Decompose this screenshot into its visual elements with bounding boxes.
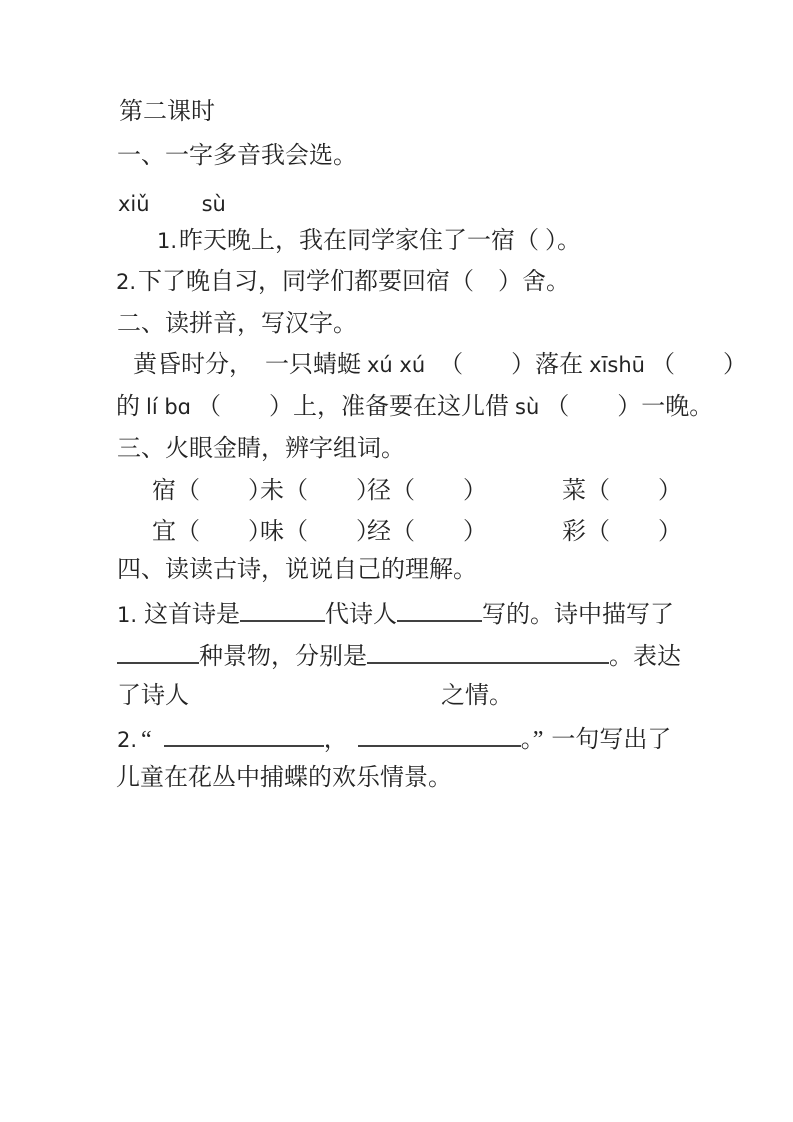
section-1-heading-text: 一、一字多音我会选。 [117, 143, 357, 169]
body-text: 。表达 [609, 644, 681, 670]
body-text: 一句写出了 [551, 727, 671, 753]
answer-blank[interactable] [164, 721, 324, 747]
pinyin-xishu: xīshū [589, 353, 645, 377]
word-pair-cell[interactable]: 彩（ ） [562, 516, 682, 548]
body-text: 落在 [535, 352, 583, 378]
body-text: 儿童在花丛中捕蝶的欢乐情景。 [116, 765, 452, 791]
section-4-heading: 四、读读古诗，说说自己的理解。 [117, 554, 477, 586]
body-text: 黄昏时分， 一只蜻蜓 [133, 352, 361, 378]
pinyin-choices: xiǔ sù [118, 188, 226, 220]
word-pair-cell[interactable]: 经（ ） [367, 516, 487, 548]
item-number: 1. [157, 229, 177, 253]
item-number: 2. [116, 270, 136, 294]
section-4-question-1-line-1: 1.这首诗是代诗人写的。诗中描写了 [117, 596, 674, 628]
answer-blank[interactable] [117, 638, 199, 664]
section-3-heading: 三、火眼金睛，辨字组词。 [117, 433, 405, 465]
pinyin-liba: lí bɑ [146, 395, 191, 419]
section-4-heading-text: 四、读读古诗，说说自己的理解。 [117, 557, 477, 583]
section-1-heading: 一、一字多音我会选。 [117, 140, 357, 172]
word-pair-cell[interactable]: 宿（ ） [152, 475, 272, 507]
body-text: 写的。诗中描写了 [482, 602, 674, 628]
quote-close-mark: 。” [521, 727, 544, 753]
word-pair-cell[interactable]: 菜（ ） [562, 475, 682, 507]
word-pair-cell[interactable]: 宜（ ） [152, 516, 272, 548]
body-text: 代诗人 [325, 602, 397, 628]
pinyin-xuxu: xú xú [367, 353, 425, 377]
quote-open-mark: “ [141, 727, 152, 753]
document-page: 第二课时 一、一字多音我会选。 xiǔ sù 1.昨天晚上，我在同学家住了一宿（… [0, 0, 793, 1122]
section-4-question-1-line-2: 种景物，分别是。表达 [117, 638, 681, 670]
paren-blank[interactable]: （ ） [439, 352, 535, 378]
section-1-item-2: 2.下了晚自习，同学们都要回宿（ ）舍。 [116, 266, 570, 298]
word-pair-cell[interactable]: 径（ ） [367, 475, 487, 507]
lesson-title-text: 第二课时 [119, 99, 215, 125]
item-text: 昨天晚上，我在同学家住了一宿（ ）。 [179, 228, 581, 254]
pinyin-su: sù [515, 395, 539, 419]
word-pair-row-1: 宿（ ） 未（ ） 径（ ） 菜（ ） [152, 475, 682, 507]
pinyin-choice-xiu: xiǔ [118, 192, 150, 216]
paren-blank[interactable]: （ ） [545, 394, 641, 420]
comma-mark: ， [324, 727, 348, 753]
body-text: 的 [116, 394, 140, 420]
item-number: 2. [117, 728, 137, 752]
body-text: 上，准备要在这儿借 [293, 394, 509, 420]
body-text: 这首诗是 [144, 602, 240, 628]
section-2-heading-text: 二、读拼音，写汉字。 [117, 311, 357, 337]
lesson-title: 第二课时 [119, 96, 215, 128]
section-2-body-line-2: 的lí bɑ（ ）上，准备要在这儿借sù（ ）一晚。 [116, 391, 713, 423]
section-2-body-line-1: 黄昏时分， 一只蜻蜓xú xú（ ）落在xīshū（ ） [133, 349, 747, 381]
section-4-question-1-line-3: 了诗人之情。 [117, 680, 513, 712]
word-pair-cell[interactable]: 味（ ） [260, 516, 380, 548]
pinyin-choice-su: sù [202, 192, 226, 216]
section-2-heading: 二、读拼音，写汉字。 [117, 308, 357, 340]
body-text: 之情。 [441, 683, 513, 709]
answer-blank[interactable] [367, 638, 609, 664]
section-4-question-2-line-2: 儿童在花丛中捕蝶的欢乐情景。 [116, 762, 452, 794]
word-pair-cell[interactable]: 未（ ） [260, 475, 380, 507]
body-text: 一晚。 [641, 394, 713, 420]
answer-blank[interactable] [397, 596, 482, 622]
word-pair-row-2: 宜（ ） 味（ ） 经（ ） 彩（ ） [152, 516, 682, 548]
section-1-item-1: 1.昨天晚上，我在同学家住了一宿（ ）。 [157, 225, 581, 257]
section-3-heading-text: 三、火眼金睛，辨字组词。 [117, 436, 405, 462]
section-4-question-2-line-1: 2.“，。”一句写出了 [117, 721, 671, 753]
paren-blank[interactable]: （ ） [651, 352, 747, 378]
answer-blank[interactable] [240, 596, 325, 622]
body-text: 种景物，分别是 [199, 644, 367, 670]
paren-blank[interactable]: （ ） [197, 394, 293, 420]
answer-blank[interactable] [358, 721, 521, 747]
item-text: 下了晚自习，同学们都要回宿（ ）舍。 [138, 269, 570, 295]
body-text: 了诗人 [117, 683, 189, 709]
item-number: 1. [117, 603, 137, 627]
